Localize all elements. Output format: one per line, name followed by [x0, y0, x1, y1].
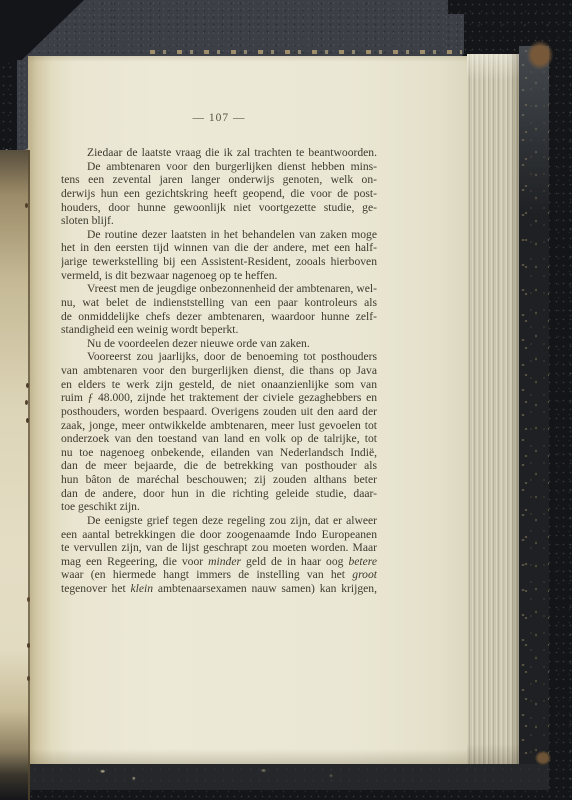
text-line: standigheid een weinig wordt beperkt. [61, 323, 377, 337]
text-line: De eenigste grief tegen deze regeling zo… [61, 514, 377, 528]
text-line: jarige tewerkstelling bij een Assistent-… [61, 255, 377, 269]
text-line: Nu de voordeelen dezer nieuwe orde van z… [61, 337, 377, 351]
text-line: De ambtenaren voor den burgerlijken dien… [61, 160, 377, 174]
binding-gutter [0, 150, 30, 800]
text-line: en elders te werk zijn gesteld, de niet … [61, 378, 377, 392]
page-number: — 107 — [61, 112, 377, 124]
text-line: toe geschikt zijn. [61, 500, 377, 514]
book-cover-top-board [56, 0, 448, 57]
cover-edge-wear-marks [150, 50, 462, 54]
text-line: dan de andere, door hun in die richting … [61, 487, 377, 501]
text-line: Ziedaar de laatste vraag die ik zal trac… [61, 146, 377, 160]
text-line: derwijs hun een gezichtskring heeft geop… [61, 187, 377, 201]
text-line: hun bâton de maréchal beschouwen; zij zo… [61, 473, 377, 487]
text-line: zaak, jonge, meer ontwikkelde ambtenaren… [61, 419, 377, 433]
text-line: waar (en hiermede hangt immers de instel… [61, 568, 377, 582]
page-fore-edge-stack [467, 54, 519, 766]
text-line: posthouders, worden bespaard. Overigens … [61, 405, 377, 419]
binding-stitch-dots [25, 203, 28, 208]
text-line: van ambtenaren voor den burgerlijken die… [61, 364, 377, 378]
text-line: vermeld, is dit bezwaar nagenoeg op te h… [61, 269, 377, 283]
text-block: Ziedaar de laatste vraag die ik zal trac… [61, 146, 377, 596]
scanned-book-photo: — 107 — Ziedaar de laatste vraag die ik … [0, 0, 572, 800]
cover-edge-bottom [30, 764, 549, 790]
text-line: houders, door hunne gewoonlijk niet voor… [61, 201, 377, 215]
text-line: tens een zevental jaren langer onderwijs… [61, 173, 377, 187]
text-line: dan de meer bejaarde, die de betrekking … [61, 459, 377, 473]
text-line: nu toe nagenoeg onbekende, eilanden van … [61, 446, 377, 460]
text-line: mag een Regeering, die voor minder geld … [61, 555, 377, 569]
text-line: te vervullen zijn, van de lijst geschrap… [61, 541, 377, 555]
text-line: ruim ƒ 48.000, zijnde het traktement der… [61, 391, 377, 405]
text-line: de onmiddelijke chefs dezer ambtenaren, … [61, 310, 377, 324]
text-line: sloten blijf. [61, 214, 377, 228]
text-line: Vooreerst zou jaarlijks, door de benoemi… [61, 350, 377, 364]
text-line: nu, wat belet de indienststelling van ee… [61, 296, 377, 310]
text-line: De routine dezer laatsten in het behande… [61, 228, 377, 242]
text-line: een aantal betrekkingen die door zoogena… [61, 528, 377, 542]
text-line: Vreest men de jeugdige onbezonnenheid de… [61, 282, 377, 296]
text-line: het in den eersten tijd winnen van die d… [61, 241, 377, 255]
marbled-cover-edge-right [519, 46, 549, 780]
cover-corner-damage-top [525, 40, 555, 76]
text-line: onderzoek van den toestand van land en v… [61, 432, 377, 446]
cover-corner-damage-bottom [534, 750, 552, 766]
text-line: tegenover het klein ambtenaarsexamen nau… [61, 582, 377, 596]
